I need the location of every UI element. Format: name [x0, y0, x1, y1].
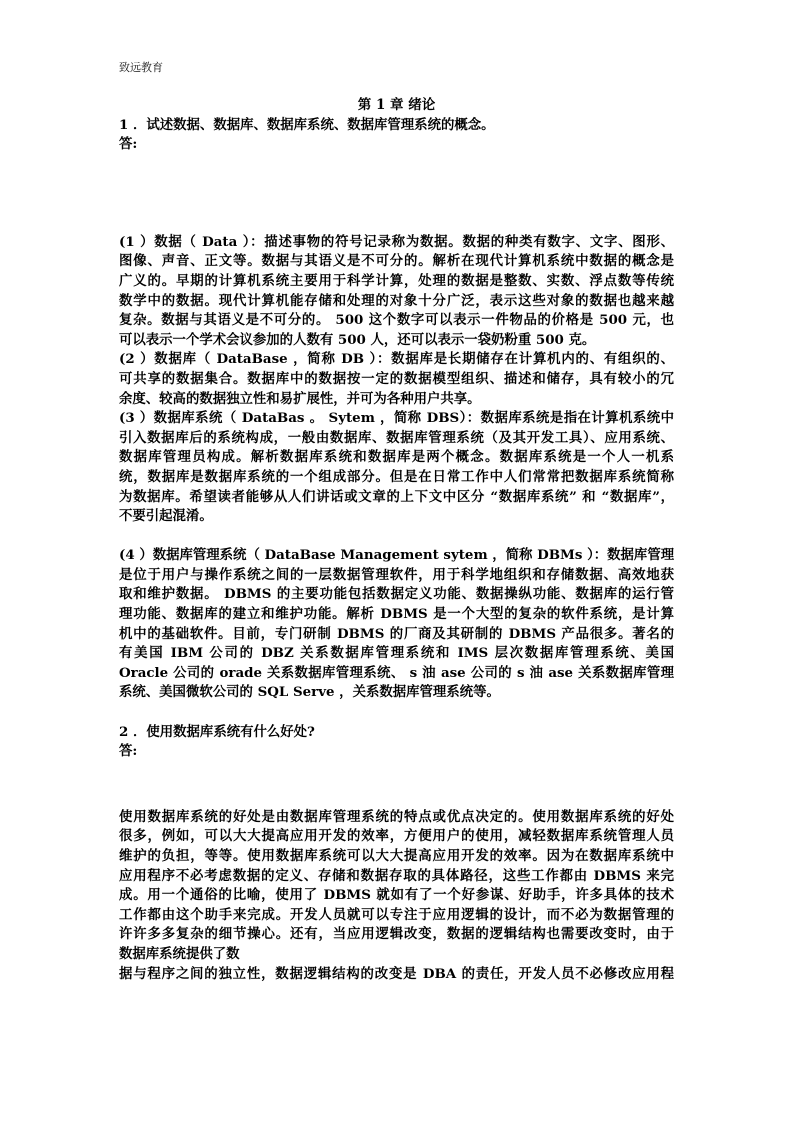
- text-line: 理功能、数据库的建立和维护功能。解析 DBMS 是一个大型的复杂的软件系统，是计…: [119, 605, 674, 625]
- q2-paragraph-benefits: 使用数据库系统的好处是由数据库管理系统的特点或优点决定的。使用数据库系统的好处 …: [119, 808, 674, 984]
- text-line: 广义的。早期的计算机系统主要用于科学计算，处理的数据是整数、实数、浮点数等传统: [119, 272, 674, 292]
- q1-paragraph-data: (1 ）数据（ Data ）：描述事物的符号记录称为数据。数据的种类有数字、文字…: [119, 233, 674, 351]
- text-line: 许许多多复杂的细节操心。还有，当应用逻辑改变，数据的逻辑结构也需要改变时，由于: [119, 925, 674, 945]
- text-line: 据与程序之间的独立性，数据逻辑结构的改变是 DBA 的责任，开发人员不必修改应用…: [119, 965, 674, 985]
- text-line: (3 ）数据库系统（ DataBas 。 Sytem ，简称 DBS）：数据库系…: [119, 409, 674, 429]
- text-line: 很多，例如，可以大大提高应用开发的效率，方便用户的使用，减轻数据库系统管理人员: [119, 827, 674, 847]
- text-line: 可以表示一个学术会议参加的人数有 500 人，还可以表示一袋奶粉重 500 克。: [119, 331, 674, 351]
- text-line: 工作都由这个助手来完成。开发人员就可以专注于应用逻辑的设计，而不必为数据管理的: [119, 906, 674, 926]
- text-line: 有美国 IBM 公司的 DBZ 关系数据库管理系统和 IMS 层次数据库管理系统…: [119, 644, 674, 664]
- q1-paragraph-dbms: (4 ）数据库管理系统（ DataBase Management sytem ，…: [119, 546, 674, 703]
- page-header: 致远教育: [119, 59, 163, 75]
- text-line: 使用数据库系统的好处是由数据库管理系统的特点或优点决定的。使用数据库系统的好处: [119, 808, 674, 828]
- document-page: 致远教育 第 1 章 绪论 1 ．试述数据、数据库、数据库系统、数据库管理系统的…: [0, 0, 794, 1123]
- text-line: 是位于用户与操作系统之间的一层数据管理软件，用于科学地组织和存储数据、高效地获: [119, 566, 674, 586]
- text-line: 不要引起混淆。: [119, 507, 674, 527]
- text-line: Oracle 公司的 orade 关系数据库管理系统、 s 油 ase 公司的 …: [119, 664, 674, 684]
- spacer: [119, 527, 674, 547]
- text-line: 系统、美国微软公司的 SQL Serve ，关系数据库管理系统等。: [119, 683, 674, 703]
- text-line: 应用程序不必考虑数据的定义、存储和数据存取的具体路径，这些工作都由 DBMS 来…: [119, 867, 674, 887]
- document-content: 第 1 章 绪论 1 ．试述数据、数据库、数据库系统、数据库管理系统的概念。 答…: [119, 96, 674, 984]
- text-line: 引入数据库后的系统构成，一般由数据库、数据库管理系统（及其开发工具）、应用系统、: [119, 429, 674, 449]
- text-line: 机中的基础软件。目前，专门研制 DBMS 的厂商及其研制的 DBMS 产品很多。…: [119, 625, 674, 645]
- question-2: 2 ．使用数据库系统有什么好处?: [119, 723, 674, 743]
- text-line: 数据库管理员构成。解析数据库系统和数据库是两个概念。数据库系统是一个人一机系: [119, 448, 674, 468]
- text-line: 余度、较高的数据独立性和易扩展性，并可为各种用户共享。: [119, 390, 674, 410]
- text-line: (2 ）数据库（ DataBase ，简称 DB ）：数据库是长期储存在计算机内…: [119, 350, 674, 370]
- q1-paragraph-database-system: (3 ）数据库系统（ DataBas 。 Sytem ，简称 DBS）：数据库系…: [119, 409, 674, 527]
- text-line: 数据库系统提供了数: [119, 945, 674, 965]
- answer-label-1: 答:: [119, 135, 674, 155]
- answer-label-2: 答:: [119, 742, 674, 762]
- text-line: 统，数据库是数据库系统的一个组成部分。但是在日常工作中人们常常把数据库系统简称: [119, 468, 674, 488]
- text-line: (1 ）数据（ Data ）：描述事物的符号记录称为数据。数据的种类有数字、文字…: [119, 233, 674, 253]
- q1-paragraph-database: (2 ）数据库（ DataBase ，简称 DB ）：数据库是长期储存在计算机内…: [119, 350, 674, 409]
- text-line: 数学中的数据。现代计算机能存储和处理的对象十分广泛，表示这些对象的数据也越来越: [119, 292, 674, 312]
- text-line: 可共享的数据集合。数据库中的数据按一定的数据模型组织、描述和储存，具有较小的冗: [119, 370, 674, 390]
- text-line: 成。用一个通俗的比喻，使用了 DBMS 就如有了一个好参谋、好助手，许多具体的技…: [119, 886, 674, 906]
- spacer: [119, 155, 674, 233]
- text-line: (4 ）数据库管理系统（ DataBase Management sytem ，…: [119, 546, 674, 566]
- text-line: 图像、声音、正文等。数据与其语义是不可分的。解析在现代计算机系统中数据的概念是: [119, 252, 674, 272]
- text-line: 维护的负担，等等。使用数据库系统可以大大提高应用开发的效率。因为在数据库系统中: [119, 847, 674, 867]
- question-1: 1 ．试述数据、数据库、数据库系统、数据库管理系统的概念。: [119, 116, 674, 136]
- text-line: 取和维护数据。 DBMS 的主要功能包括数据定义功能、数据操纵功能、数据库的运行…: [119, 585, 674, 605]
- spacer: [119, 762, 674, 808]
- text-line: 为数据库。希望读者能够从人们讲话或文章的上下文中区分 “数据库系统” 和 “数据…: [119, 488, 674, 508]
- spacer: [119, 703, 674, 723]
- chapter-title: 第 1 章 绪论: [119, 96, 674, 116]
- text-line: 复杂。数据与其语义是不可分的。 500 这个数字可以表示一件物品的价格是 500…: [119, 311, 674, 331]
